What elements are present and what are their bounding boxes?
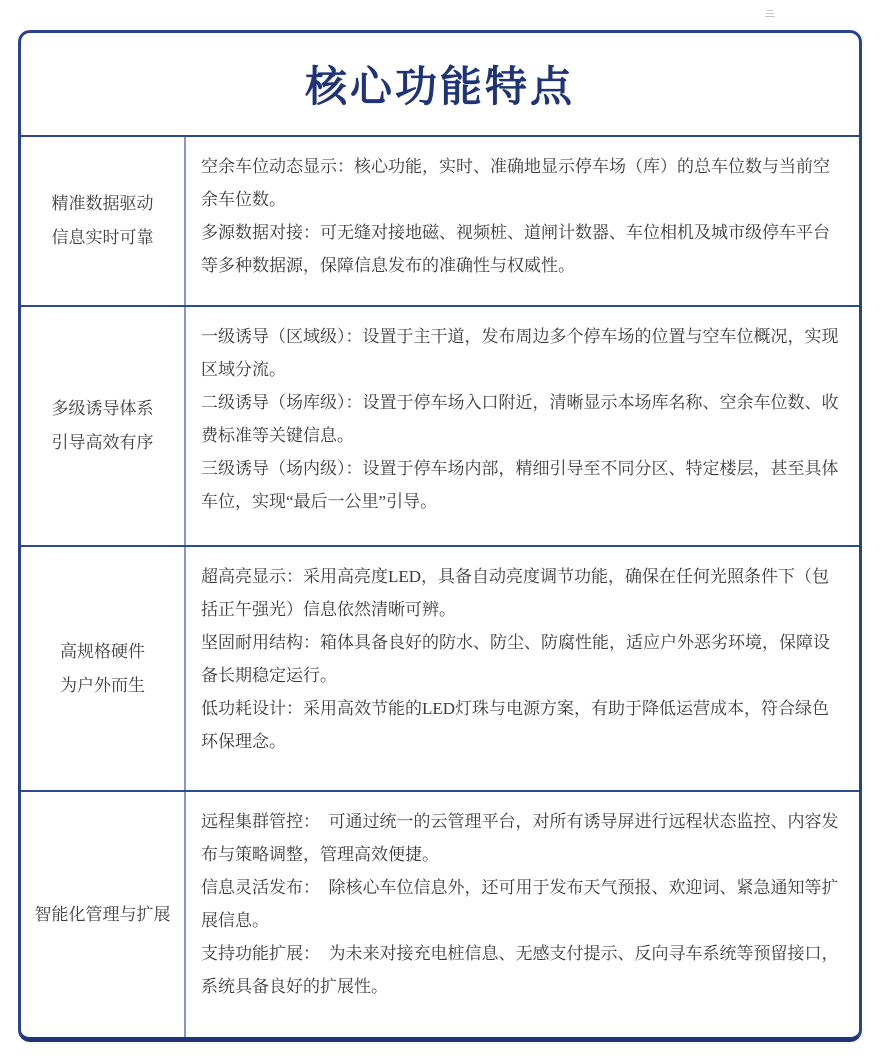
row-label-line: 智能化管理与扩展 bbox=[35, 898, 171, 932]
feature-paragraph: 低功耗设计：采用高效节能的LED灯珠与电源方案，有助于降低运营成本，符合绿色环保… bbox=[201, 692, 843, 758]
row-label-line: 高规格硬件 bbox=[60, 635, 145, 669]
row-label: 智能化管理与扩展 bbox=[21, 792, 186, 1037]
feature-paragraph: 空余车位动态显示：核心功能，实时、准确地显示停车场（库）的总车位数与当前空余车位… bbox=[201, 150, 843, 216]
row-content: 空余车位动态显示：核心功能，实时、准确地显示停车场（库）的总车位数与当前空余车位… bbox=[186, 137, 859, 305]
page-title: 核心功能特点 bbox=[305, 54, 575, 114]
feature-paragraph: 一级诱导（区域级）：设置于主干道，发布周边多个停车场的位置与空车位概况，实现区域… bbox=[201, 320, 843, 386]
row-label: 高规格硬件 为户外而生 bbox=[21, 547, 186, 790]
feature-paragraph: 信息灵活发布： 除核心车位信息外，还可用于发布天气预报、欢迎词、紧急通知等扩展信… bbox=[201, 871, 843, 937]
row-content: 一级诱导（区域级）：设置于主干道，发布周边多个停车场的位置与空车位概况，实现区域… bbox=[186, 307, 859, 545]
row-content: 远程集群管控： 可通过统一的云管理平台，对所有诱导屏进行远程状态监控、内容发布与… bbox=[186, 792, 859, 1037]
corner-smudge-mark bbox=[764, 8, 776, 18]
table-row: 智能化管理与扩展 远程集群管控： 可通过统一的云管理平台，对所有诱导屏进行远程状… bbox=[21, 790, 859, 1037]
row-label-line: 精准数据驱动 bbox=[52, 187, 154, 221]
row-label-line: 多级诱导体系 bbox=[52, 392, 154, 426]
row-content: 超高亮显示：采用高亮度LED，具备自动亮度调节功能，确保在任何光照条件下（包括正… bbox=[186, 547, 859, 790]
row-label-line: 引导高效有序 bbox=[52, 426, 154, 460]
title-row: 核心功能特点 bbox=[21, 33, 859, 135]
feature-paragraph: 二级诱导（场库级）：设置于停车场入口附近，清晰显示本场库名称、空余车位数、收费标… bbox=[201, 386, 843, 452]
row-label: 精准数据驱动 信息实时可靠 bbox=[21, 137, 186, 305]
row-label-line: 信息实时可靠 bbox=[52, 221, 154, 255]
feature-paragraph: 多源数据对接：可无缝对接地磁、视频桩、道闸计数器、车位相机及城市级停车平台等多种… bbox=[201, 216, 843, 282]
feature-paragraph: 三级诱导（场内级）：设置于停车场内部，精细引导至不同分区、特定楼层，甚至具体车位… bbox=[201, 452, 843, 518]
feature-table-card: 核心功能特点 精准数据驱动 信息实时可靠 空余车位动态显示：核心功能，实时、准确… bbox=[18, 30, 862, 1042]
feature-paragraph: 远程集群管控： 可通过统一的云管理平台，对所有诱导屏进行远程状态监控、内容发布与… bbox=[201, 805, 843, 871]
row-label: 多级诱导体系 引导高效有序 bbox=[21, 307, 186, 545]
feature-paragraph: 坚固耐用结构：箱体具备良好的防水、防尘、防腐性能，适应户外恶劣环境，保障设备长期… bbox=[201, 626, 843, 692]
page: 核心功能特点 精准数据驱动 信息实时可靠 空余车位动态显示：核心功能，实时、准确… bbox=[0, 0, 880, 1056]
table-row: 多级诱导体系 引导高效有序 一级诱导（区域级）：设置于主干道，发布周边多个停车场… bbox=[21, 305, 859, 545]
table-row: 精准数据驱动 信息实时可靠 空余车位动态显示：核心功能，实时、准确地显示停车场（… bbox=[21, 135, 859, 305]
table-row: 高规格硬件 为户外而生 超高亮显示：采用高亮度LED，具备自动亮度调节功能，确保… bbox=[21, 545, 859, 790]
feature-paragraph: 超高亮显示：采用高亮度LED，具备自动亮度调节功能，确保在任何光照条件下（包括正… bbox=[201, 560, 843, 626]
row-label-line: 为户外而生 bbox=[60, 669, 145, 703]
feature-paragraph: 支持功能扩展： 为未来对接充电桩信息、无感支付提示、反向寻车系统等预留接口，系统… bbox=[201, 937, 843, 1003]
